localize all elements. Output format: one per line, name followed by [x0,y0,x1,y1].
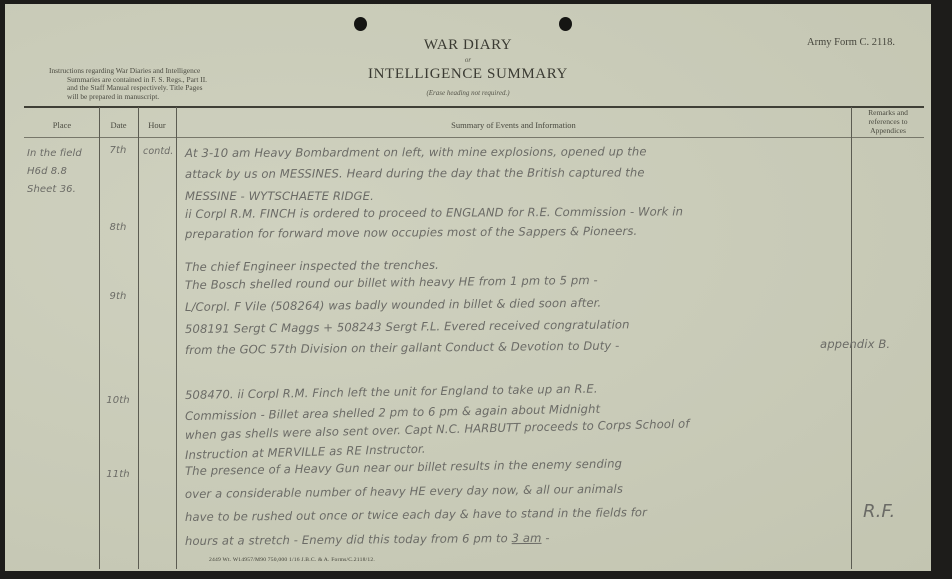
summary-line: L/Corpl. F Vile (508264) was badly wound… [185,296,601,314]
punch-hole-right [559,17,572,31]
summary-line: 508470. ii Corpl R.M. Finch left the uni… [185,382,598,402]
punch-hole-left [354,17,367,31]
form-print-footer: 2449 Wt. W14957/M90 750,000 1/16 J.B.C. … [209,557,375,563]
hour-entry: contd. [143,146,173,157]
summary-line: Instruction at MERVILLE as RE Instructor… [185,442,426,462]
war-diary-page: Instructions regarding War Diaries and I… [5,4,931,571]
title-or: or [5,56,931,64]
underlined-time: 3 am [512,531,542,545]
column-divider [99,107,100,569]
remarks-header-line: Remarks and [851,108,925,117]
summary-line: The chief Engineer inspected the trenche… [185,258,439,274]
erase-note: (Erase heading not required.) [5,89,931,97]
title-war-diary: WAR DIARY [5,37,931,54]
summary-line: At 3-10 am Heavy Bombardment on left, wi… [185,144,647,160]
date-entry: 8th [101,222,135,233]
remarks-header-line: Appendices [851,126,925,135]
summary-line: from the GOC 57th Division on their gall… [185,338,620,357]
column-header-date: Date [99,120,138,130]
summary-line: 508191 Sergt C Maggs + 508243 Sergt F.L.… [185,317,630,336]
summary-line: preparation for forward move now occupie… [185,224,637,241]
summary-line: have to be rushed out once or twice each… [185,505,647,524]
summary-line: ii Corpl R.M. FINCH is ordered to procee… [185,204,683,221]
header-rule [24,106,924,108]
column-header-rule [24,137,924,138]
column-divider [176,107,177,569]
summary-line: The Bosch shelled round our billet with … [185,273,598,292]
place-line: H6d 8.8 [27,163,82,181]
place-line: In the field [27,145,82,163]
summary-line: hours at a stretch - Enemy did this toda… [185,531,550,548]
summary-line: over a considerable number of heavy HE e… [185,482,623,501]
column-header-remarks: Remarks and references to Appendices [851,108,925,135]
column-header-hour: Hour [138,120,176,130]
summary-line: MESSINE - WYTSCHAETE RIDGE. [185,189,374,203]
title-intelligence-summary: INTELLIGENCE SUMMARY [5,66,931,83]
army-form-number: Army Form C. 2118. [807,37,895,48]
summary-line: attack by us on MESSINES. Heard during t… [185,165,645,181]
date-entry: 10th [101,395,135,406]
summary-line-text: hours at a stretch - Enemy did this toda… [185,531,508,548]
place-line: Sheet 36. [27,181,82,199]
column-header-place: Place [25,120,99,130]
appendix-reference: appendix B. [820,337,890,351]
date-entry: 11th [101,469,135,480]
place-entry: In the field H6d 8.8 Sheet 36. [27,145,82,199]
summary-line-tail: - [541,531,549,545]
remarks-header-line: references to [851,117,925,126]
date-entry: 9th [101,291,135,302]
column-header-summary: Summary of Events and Information [176,120,851,130]
column-divider [138,107,139,569]
date-entry: 7th [101,145,135,156]
signature-initials: R.F. [863,501,895,522]
